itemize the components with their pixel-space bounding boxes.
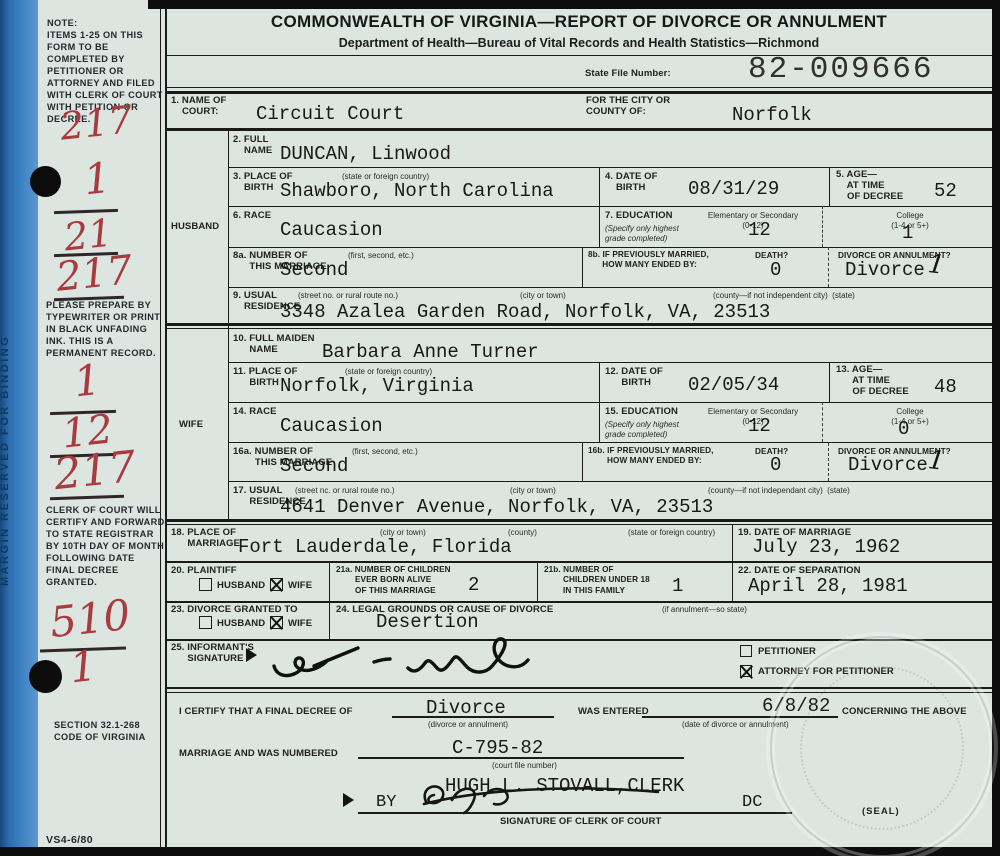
margin-code-of-virginia: SECTION 32.1-268 CODE OF VIRGINIA (54, 720, 174, 744)
husband-marriage-num-sub: (first, second, etc.) (348, 251, 414, 261)
wife-divann-tick: 1 (926, 447, 946, 475)
signature-pointer-icon (246, 648, 257, 662)
divider-v8 (329, 561, 330, 601)
rule-husband-end-thick (166, 323, 992, 326)
divider-v1 (599, 167, 600, 247)
place-sub2: (county) (508, 528, 537, 538)
informant-attorney-checkbox (740, 665, 752, 677)
divider-dash3 (822, 402, 823, 442)
decree-date-sub: (date of divorce or annulment) (682, 720, 789, 730)
handwritten-number-1: 217 (58, 100, 134, 145)
husband-edu-elem-value: 12 (748, 219, 771, 241)
wife-edu-label: 15. EDUCATION (605, 406, 678, 417)
certify-text-3: CONCERNING THE ABOVE (842, 706, 967, 717)
informant-attorney-option: ATTORNEY FOR PETITIONER (758, 666, 894, 677)
certify-text-1: I CERTIFY THAT A FINAL DECREE OF (179, 706, 353, 717)
date-of-separation-value: April 28, 1981 (748, 575, 908, 597)
place-of-marriage-value: Fort Lauderdale, Florida (238, 536, 512, 558)
deputy-clerk-initials: DC (742, 793, 762, 812)
divorce-granted-to-label: 23. DIVORCE GRANTED TO (171, 604, 298, 615)
hole-punch-top (30, 166, 61, 197)
rule-h6 (228, 402, 992, 403)
informant-petitioner-option: PETITIONER (758, 646, 816, 657)
wife-prev-married-label: 16b. IF PREVIOUSLY MARRIED, HOW MANY END… (588, 446, 714, 467)
double-rule-thick (166, 91, 992, 94)
scan-edge-top (148, 0, 1000, 9)
rule-sig-end-thin (166, 692, 992, 693)
scanned-divorce-report: MARGIN RESERVED FOR BINDING NOTE: ITEMS … (0, 0, 1000, 856)
informant-signature (262, 632, 562, 686)
state-file-number-value: 82-009666 (748, 52, 933, 87)
wife-pob-value: Norfolk, Virginia (280, 375, 474, 397)
scan-edge-right (992, 0, 1000, 856)
handwritten-number-9: 1 (68, 645, 99, 690)
clerk-signature (408, 778, 738, 816)
wife-divann-value: Divorce (848, 454, 928, 476)
husband-dob-value: 08/31/29 (688, 178, 779, 200)
children-born-label: 21a. NUMBER OF CHILDREN EVER BORN ALIVE … (336, 565, 451, 596)
rule-h10 (166, 601, 992, 603)
court-label: 1. NAME OF COURT: (171, 95, 226, 117)
granted-husband-option: HUSBAND (217, 618, 265, 629)
state-file-number-label: State File Number: (585, 68, 671, 79)
rule-h8 (228, 481, 992, 482)
children-under18-value: 1 (672, 575, 683, 597)
form-code: VS4-6/80 (46, 834, 93, 848)
husband-race-label: 6. RACE (233, 210, 271, 221)
wife-name-label: 10. FULL MAIDEN NAME (233, 333, 315, 355)
divider-v3 (582, 247, 583, 287)
wife-side-label: WIFE (179, 419, 203, 430)
husband-age-label: 5. AGE— AT TIME OF DECREE (836, 169, 903, 203)
file-number-sub: (court file number) (492, 761, 557, 771)
husband-side-label: HUSBAND (171, 221, 219, 232)
divider-v6 (582, 443, 583, 481)
granted-husband-checkbox (199, 616, 212, 629)
rule-sig-end-thick (166, 687, 992, 689)
legal-grounds-sub: (if annulment—so state) (662, 605, 747, 615)
clerk-signature-underline (358, 812, 792, 814)
handwritten-number-7: 217 (52, 446, 138, 497)
rule-h3 (228, 247, 992, 248)
court-value: Circuit Court (256, 103, 404, 125)
by-label: BY (376, 793, 396, 812)
wife-res-sub2: (city or town) (510, 486, 556, 496)
certify-text-4: MARRIAGE AND WAS NUMBERED (179, 748, 338, 759)
handwritten-number-4: 217 (54, 250, 134, 298)
decree-sub: (divorce or annulment) (428, 720, 508, 730)
date-of-marriage-value: July 23, 1962 (752, 536, 900, 558)
handwritten-number-2: 1 (82, 157, 113, 202)
file-number-underline (358, 757, 684, 759)
husband-death-value: 0 (770, 259, 781, 281)
wife-age-label: 13. AGE— AT TIME OF DECREE (836, 364, 909, 398)
double-rule-thin (166, 87, 992, 88)
handwritten-number-8: 510 (48, 594, 132, 644)
divider-v5 (829, 362, 830, 402)
divider-v4 (599, 362, 600, 442)
wife-edu-col2-label: College (1-4 or 5+) (845, 407, 975, 426)
informant-signature-label: 25. INFORMANT'S SIGNATURE (171, 642, 254, 664)
legal-grounds-value: Desertion (376, 611, 479, 633)
husband-residence-value: 3348 Azalea Garden Road, Norfolk, VA, 23… (280, 301, 770, 323)
divider-dash2 (828, 247, 829, 287)
husband-age-value: 52 (934, 180, 957, 202)
husband-prev-married-label: 8b. IF PREVIOUSLY MARRIED, HOW MANY ENDE… (588, 250, 709, 271)
husband-edu-label: 7. EDUCATION (605, 210, 673, 221)
husband-res-sub2: (city or town) (520, 291, 566, 301)
husband-edu-college-value: 1 (902, 222, 913, 244)
plaintiff-wife-checkbox (270, 578, 283, 591)
form-subtitle: Department of Health—Bureau of Vital Rec… (166, 36, 992, 50)
wife-race-label: 14. RACE (233, 406, 277, 417)
certify-text-2: WAS ENTERED (578, 706, 649, 717)
margin-note-clerk: CLERK OF COURT WILL CERTIFY AND FORWARD … (46, 505, 165, 589)
rule-h2 (228, 206, 992, 207)
wife-edu-elem-value: 12 (748, 415, 771, 437)
husband-race-value: Caucasion (280, 219, 383, 241)
decree-date-value: 6/8/82 (762, 695, 830, 717)
rule-below-court (166, 128, 992, 131)
wife-death-value: 0 (770, 454, 781, 476)
divider-dash4 (828, 443, 829, 481)
husband-dob-label: 4. DATE OF BIRTH (605, 171, 658, 193)
husband-divann-tick: 1 (926, 251, 946, 279)
hole-punch-bottom (29, 660, 62, 693)
divider-v9 (537, 561, 538, 601)
wife-race-value: Caucasion (280, 415, 383, 437)
rule-h9 (166, 561, 992, 563)
plaintiff-husband-checkbox (199, 578, 212, 591)
wife-name-value: Barbara Anne Turner (322, 341, 539, 363)
rule-wife-end-thick (166, 519, 992, 522)
form-title: COMMONWEALTH OF VIRGINIA—REPORT OF DIVOR… (166, 12, 992, 32)
clerk-signature-pointer-icon (343, 793, 354, 807)
wife-residence-value: 4641 Denver Avenue, Norfolk, VA, 23513 (280, 496, 713, 518)
divider-v7 (732, 524, 733, 561)
rule-h4 (228, 287, 992, 288)
seal-label: (SEAL) (862, 806, 900, 817)
husband-res-sub3: (county—if not independent city) (state) (713, 291, 855, 301)
wife-edu-sub: (Specify only highest grade completed) (605, 420, 679, 439)
binding-label: MARGIN RESERVED FOR BINDING (0, 260, 29, 660)
divider-dash1 (822, 206, 823, 247)
county-value: Norfolk (732, 104, 812, 126)
place-of-marriage-label: 18. PLACE OF MARRIAGE (171, 527, 240, 549)
husband-pob-value: Shawboro, North Carolina (280, 180, 554, 202)
wife-dob-value: 02/05/34 (688, 374, 779, 396)
rule-h1 (228, 167, 992, 168)
wife-age-value: 48 (934, 376, 957, 398)
handwritten-number-5: 1 (72, 359, 103, 404)
wife-res-sub1: (street nc. or rural route no.) (295, 486, 395, 496)
husband-name-label: 2. FULL NAME (233, 134, 272, 156)
divider-v2 (829, 167, 830, 206)
granted-wife-checkbox (270, 616, 283, 629)
husband-res-sub1: (street no. or rural route no.) (298, 291, 398, 301)
rule-h7 (228, 442, 992, 443)
plaintiff-label: 20. PLAINTIFF (171, 565, 237, 576)
wife-edu-college-value: 0 (898, 418, 909, 440)
rule-husband-end-thin (166, 328, 992, 329)
children-under18-label: 21b. NUMBER OF CHILDREN UNDER 18 IN THIS… (544, 565, 650, 596)
wife-res-sub3: (county—if not independant city) (state) (708, 486, 850, 496)
city-county-label: FOR THE CITY OR COUNTY OF: (586, 95, 670, 117)
wife-dob-label: 12. DATE OF BIRTH (605, 366, 663, 388)
plaintiff-husband-option: HUSBAND (217, 580, 265, 591)
husband-marriage-num-value: Second (280, 259, 348, 281)
place-sub3: (state or foreign country) (628, 528, 715, 538)
clerk-signature-caption: SIGNATURE OF CLERK OF COURT (500, 816, 661, 827)
husband-divann-value: Divorce (845, 259, 925, 281)
decree-date-underline (642, 716, 838, 718)
scan-edge-bottom (0, 847, 1000, 856)
margin-note-typewriter: PLEASE PREPARE BY TYPEWRITER OR PRINT IN… (46, 300, 165, 360)
court-file-number-value: C-795-82 (452, 737, 543, 759)
wife-marriage-num-sub: (first, second, etc.) (352, 447, 418, 457)
husband-name-value: DUNCAN, Linwood (280, 143, 451, 165)
wife-marriage-num-value: Second (280, 455, 348, 477)
granted-wife-option: WIFE (288, 618, 312, 629)
rule-wife-end-thin (166, 524, 992, 525)
children-born-value: 2 (468, 574, 479, 596)
informant-petitioner-checkbox (740, 645, 752, 657)
decree-underline (392, 716, 554, 718)
plaintiff-wife-option: WIFE (288, 580, 312, 591)
divider-v10 (732, 561, 733, 601)
husband-edu-sub: (Specify only highest grade completed) (605, 224, 679, 243)
